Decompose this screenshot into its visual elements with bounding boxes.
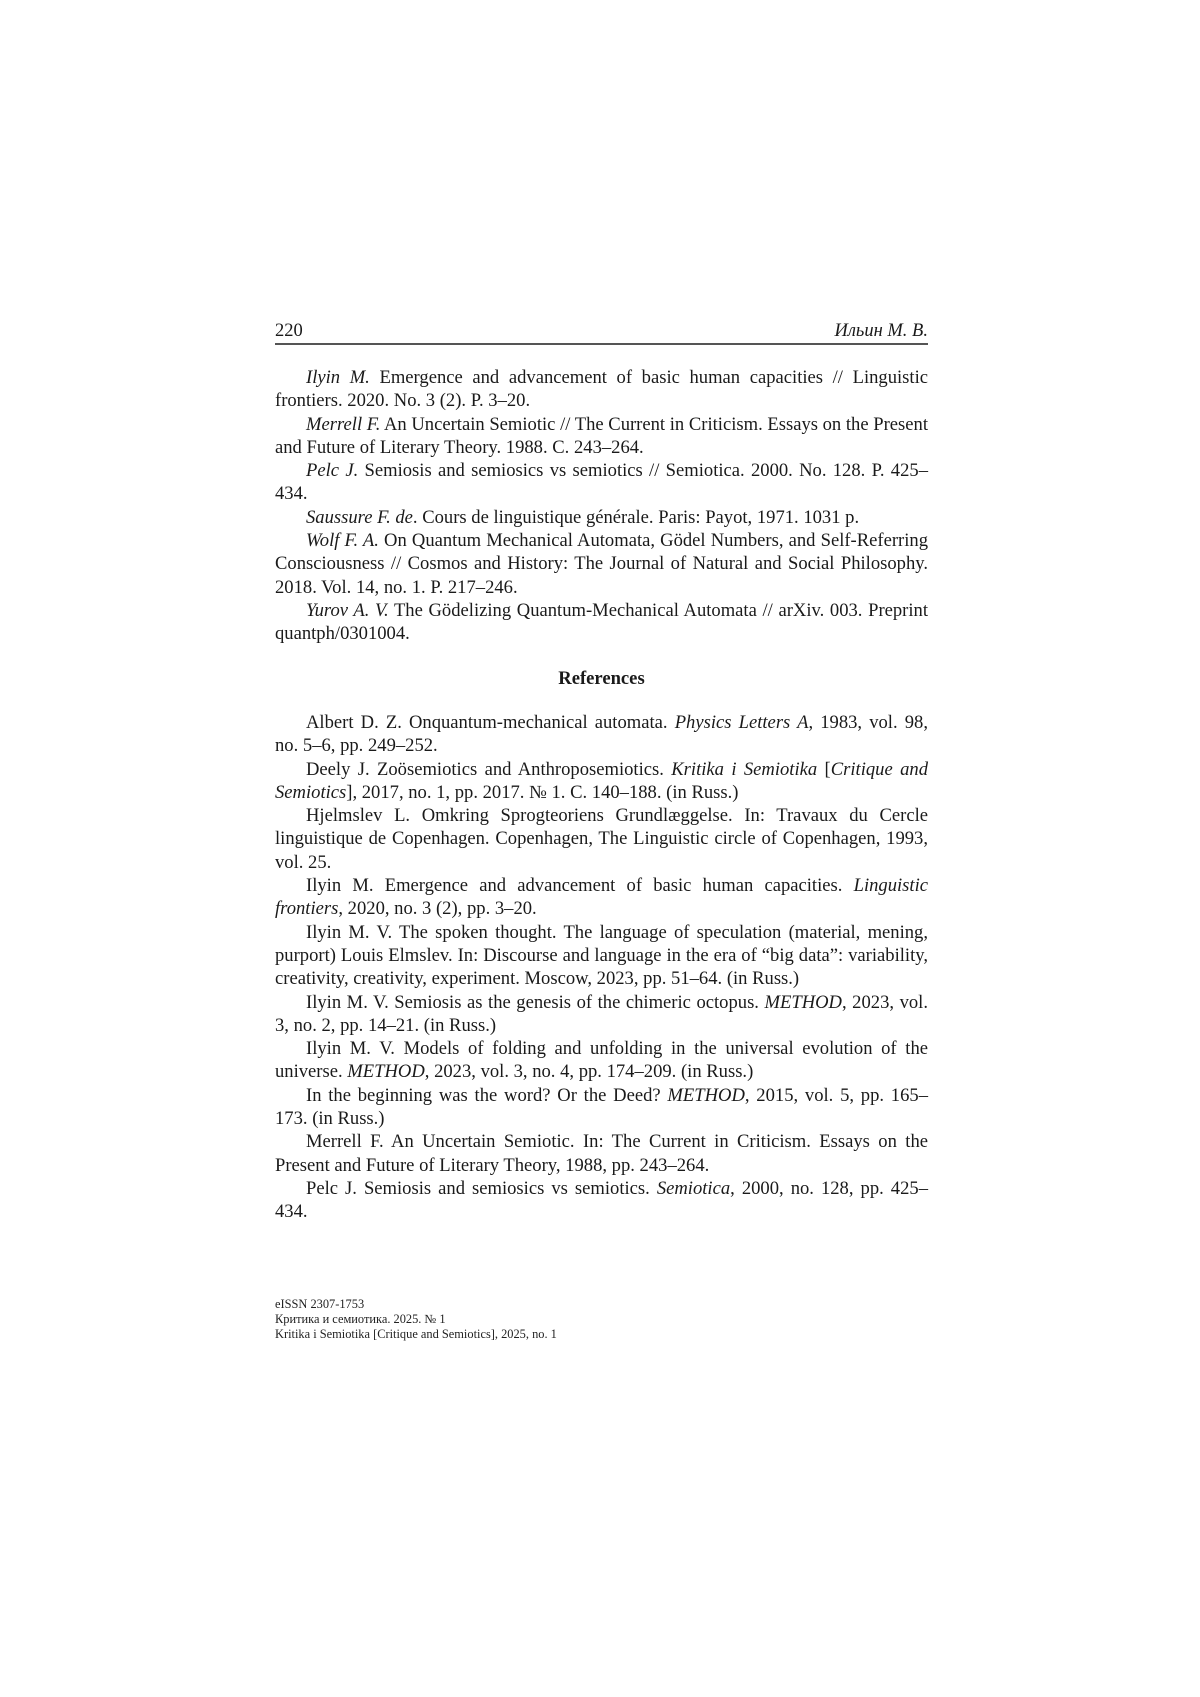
- footer-issn: eISSN 2307-1753: [275, 1297, 557, 1312]
- entry-text: Merrell F. An Uncertain Semiotic. In: Th…: [275, 1131, 928, 1175]
- entry-text: Albert D. Z. Onquantum-mechanical automa…: [306, 712, 675, 733]
- reference-entry: In the beginning was the word? Or the De…: [275, 1084, 928, 1131]
- page-footer: eISSN 2307-1753 Критика и семиотика. 202…: [275, 1297, 557, 1342]
- entry-text: Hjelmslev L. Omkring Sprogteoriens Grund…: [275, 805, 928, 873]
- reference-entry: Albert D. Z. Onquantum-mechanical automa…: [275, 711, 928, 758]
- bibliography-entry: Pelc J. Semiosis and semiosics vs semiot…: [275, 459, 928, 506]
- entry-details: , 2020, no. 3 (2), pp. 3–20.: [338, 898, 536, 919]
- footer-journal-en: Kritika i Semiotika [Critique and Semiot…: [275, 1327, 557, 1342]
- reference-entry: Ilyin M. V. Semiosis as the genesis of t…: [275, 991, 928, 1038]
- bibliography-entry: Yurov A. V. The Gödelizing Quantum-Mecha…: [275, 599, 928, 646]
- references-heading: References: [275, 667, 928, 690]
- reference-entry: Ilyin M. V. Models of folding and unfold…: [275, 1037, 928, 1084]
- entry-text: Ilyin M. Emergence and advancement of ba…: [306, 875, 854, 896]
- entry-source: Semiotica: [657, 1178, 730, 1199]
- entry-author: Merrell F.: [306, 414, 380, 435]
- reference-entry: Ilyin M. V. The spoken thought. The lang…: [275, 921, 928, 991]
- entry-text: In the beginning was the word? Or the De…: [306, 1085, 667, 1106]
- entry-source: METHOD: [765, 992, 842, 1013]
- entry-text: Ilyin M. V. The spoken thought. The lang…: [275, 922, 928, 990]
- bibliography-entry: Ilyin M. Emergence and advancement of ba…: [275, 366, 928, 413]
- entry-source: METHOD: [667, 1085, 744, 1106]
- entry-details: ], 2017, no. 1, pp. 2017. № 1. C. 140–18…: [346, 782, 738, 803]
- reference-entry: Hjelmslev L. Omkring Sprogteoriens Grund…: [275, 804, 928, 874]
- entry-text: Pelc J. Semiosis and semiosics vs semiot…: [306, 1178, 657, 1199]
- header-rule: [275, 343, 928, 345]
- bibliography-list: Ilyin M. Emergence and advancement of ba…: [275, 366, 928, 646]
- entry-details: , 2023, vol. 3, no. 4, pp. 174–209. (in …: [425, 1061, 754, 1082]
- entry-text: Semiosis and semiosics vs semiotics // S…: [275, 460, 928, 504]
- entry-author: Ilyin M.: [306, 367, 370, 388]
- page-number: 220: [275, 320, 303, 342]
- references-list: Albert D. Z. Onquantum-mechanical automa…: [275, 711, 928, 1224]
- entry-author: Pelc J.: [306, 460, 358, 481]
- running-head-author: Ильин М. В.: [835, 320, 929, 342]
- entry-author: Yurov A. V.: [306, 600, 389, 621]
- reference-entry: Ilyin M. Emergence and advancement of ba…: [275, 874, 928, 921]
- entry-author: Wolf F. A.: [306, 530, 379, 551]
- footer-journal-ru: Критика и семиотика. 2025. № 1: [275, 1312, 557, 1327]
- entry-text: Deely J. Zoösemiotics and Anthroposemiot…: [306, 759, 671, 780]
- entry-author: Saussure F. de: [306, 507, 413, 528]
- entry-text: Ilyin M. V. Semiosis as the genesis of t…: [306, 992, 765, 1013]
- entry-source: METHOD: [347, 1061, 424, 1082]
- bibliography-entry: Merrell F. An Uncertain Semiotic // The …: [275, 413, 928, 460]
- entry-text: [: [817, 759, 831, 780]
- entry-text: . Cours de linguistique générale. Paris:…: [413, 507, 859, 528]
- entry-text: Emergence and advancement of basic human…: [275, 367, 928, 411]
- reference-entry: Deely J. Zoösemiotics and Anthroposemiot…: [275, 758, 928, 805]
- bibliography-entry: Wolf F. A. On Quantum Mechanical Automat…: [275, 529, 928, 599]
- bibliography-entry: Saussure F. de. Cours de linguistique gé…: [275, 506, 928, 529]
- entry-source: Kritika i Semiotika: [671, 759, 817, 780]
- reference-entry: Pelc J. Semiosis and semiosics vs semiot…: [275, 1177, 928, 1224]
- reference-entry: Merrell F. An Uncertain Semiotic. In: Th…: [275, 1130, 928, 1177]
- page-header: 220 Ильин М. В.: [275, 320, 928, 342]
- entry-source: Physics Letters A: [675, 712, 809, 733]
